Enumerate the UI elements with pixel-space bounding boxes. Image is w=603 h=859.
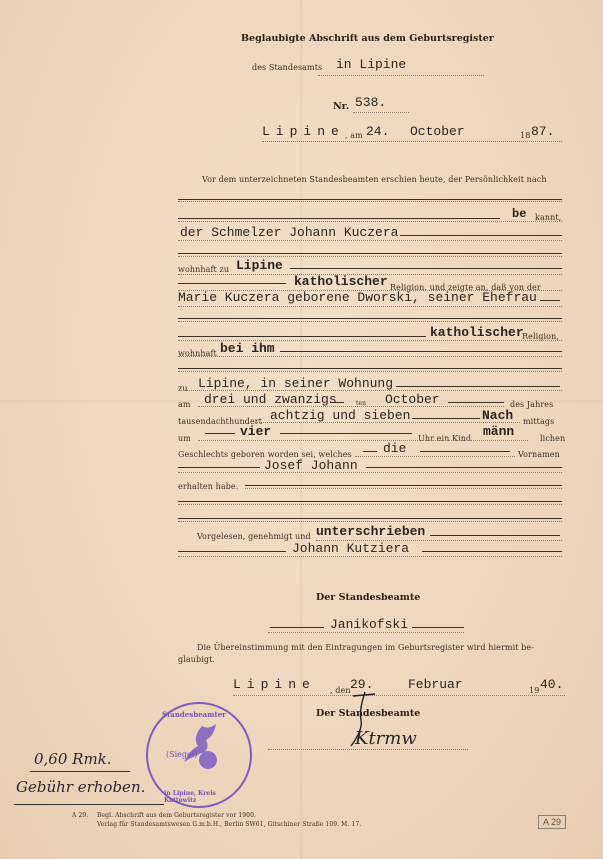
cert-year-suffix: 40. bbox=[540, 677, 563, 692]
signatory-dash-left bbox=[178, 551, 286, 552]
signature-flourish bbox=[345, 690, 385, 750]
mother-dash bbox=[540, 300, 560, 301]
am-label-body: am bbox=[178, 400, 191, 409]
informant-dash bbox=[400, 235, 562, 236]
informant: der Schmelzer Johann Kuczera bbox=[180, 225, 398, 240]
birth-hour: vier bbox=[240, 424, 271, 439]
line-19-dots bbox=[178, 504, 562, 505]
fee-note-underline bbox=[14, 804, 164, 805]
lichen-label: lichen bbox=[540, 434, 565, 443]
hour-dash-right bbox=[280, 433, 412, 434]
hour-dash-left bbox=[205, 433, 235, 434]
line-14-dots bbox=[255, 422, 520, 423]
names-dash-left bbox=[178, 467, 260, 468]
office-value: in Lipine bbox=[336, 57, 406, 72]
stamp-center-text: (Siegel) bbox=[166, 750, 197, 759]
registrar-line bbox=[268, 632, 464, 633]
registrar-dash-left bbox=[270, 627, 324, 628]
cert-date-line bbox=[233, 695, 565, 696]
form-code: A 29. bbox=[72, 812, 88, 819]
number-label: Nr. bbox=[333, 101, 349, 112]
um-label: um bbox=[178, 434, 191, 443]
birth-day: drei und zwanzigs bbox=[204, 392, 337, 407]
cert-place: Lipine bbox=[233, 677, 316, 692]
birth-month: October bbox=[385, 392, 440, 407]
wohnhaft-zu-label: wohnhaft zu bbox=[178, 265, 229, 274]
line-1 bbox=[178, 199, 562, 200]
registrar-dash-right bbox=[412, 627, 464, 628]
fee-note: Gebühr erhoben. bbox=[16, 778, 145, 796]
certification-line-2: glaubigt. bbox=[178, 655, 215, 664]
mittags-label: mittags bbox=[523, 417, 554, 426]
zu-label: zu bbox=[178, 384, 188, 393]
office-prefix: des Standesamts bbox=[252, 63, 322, 72]
birth-place-dash bbox=[396, 386, 560, 387]
signed-text: unterschrieben bbox=[316, 524, 425, 539]
residence: Lipine bbox=[236, 258, 283, 273]
religion1-dash bbox=[178, 283, 286, 284]
sex: männ bbox=[483, 424, 514, 439]
place: Lipine bbox=[262, 124, 345, 139]
number-line bbox=[353, 112, 409, 113]
child-names: Josef Johann bbox=[264, 458, 358, 473]
footer-line-2: Verlag für Standesamtswesen G.m.b.H., Be… bbox=[97, 821, 361, 828]
line-8 bbox=[178, 318, 562, 319]
signatory: Johann Kutziera bbox=[292, 541, 409, 556]
line-18-dots bbox=[245, 488, 562, 489]
cert-month: Februar bbox=[408, 677, 463, 692]
signatory-dash-right bbox=[422, 551, 562, 552]
line-4 bbox=[178, 253, 562, 254]
line-8-dots bbox=[178, 321, 562, 322]
line-1-dots bbox=[178, 201, 562, 202]
mother-res-dash bbox=[280, 351, 562, 352]
line-11-dots bbox=[178, 371, 562, 372]
religion-2: katholischer bbox=[430, 325, 524, 340]
be-typed: be bbox=[512, 207, 526, 221]
year-prefix: 18 bbox=[520, 131, 530, 140]
birth-year: achtzig und sieben bbox=[270, 408, 410, 423]
line-22-dots bbox=[178, 556, 562, 557]
form-code-box: A 29 bbox=[538, 815, 566, 829]
article-dash-left bbox=[363, 451, 377, 452]
office-line bbox=[318, 75, 484, 76]
birth-year-dash bbox=[412, 418, 480, 419]
line-19 bbox=[178, 501, 562, 502]
birth-month-dash bbox=[448, 402, 504, 403]
line-2-dots bbox=[178, 221, 562, 222]
erhalten-label: erhalten habe. bbox=[178, 482, 238, 491]
cert-year-prefix: 19 bbox=[529, 686, 539, 695]
official-seal-stamp: Standesbeamter (Siegel) in Lipine, Kreis… bbox=[146, 702, 252, 808]
line-2 bbox=[178, 218, 500, 219]
line-16-dots bbox=[355, 456, 515, 457]
line-17-dots bbox=[178, 472, 562, 473]
article-dash-right bbox=[420, 451, 510, 452]
date-day: 24. bbox=[366, 124, 389, 139]
eagle-icon bbox=[180, 722, 224, 772]
registrar-name: Janikofski bbox=[330, 617, 408, 632]
stamp-top-text: Standesbeamter bbox=[162, 710, 226, 719]
line-4-dots bbox=[178, 256, 562, 257]
des-jahres-label: des Jahres bbox=[510, 400, 553, 409]
line-20-dots bbox=[178, 521, 562, 522]
mother: Marie Kuczera geborene Dworski, seiner E… bbox=[178, 290, 537, 305]
stamp-bottom-text: in Lipine, Kreis Kattowitz bbox=[164, 790, 250, 804]
vorgelesen-label: Vorgelesen, genehmigt und bbox=[197, 532, 311, 541]
religion2-dash bbox=[178, 336, 426, 337]
nach: Nach bbox=[482, 408, 513, 423]
line-10-dots bbox=[178, 356, 562, 357]
date-month: October bbox=[410, 124, 465, 139]
uhr-label: Uhr ein Kind bbox=[418, 434, 471, 443]
article: die bbox=[383, 441, 406, 456]
intro-text: Vor dem unterzeichneten Standesbeamten e… bbox=[202, 175, 547, 184]
mother-residence: bei ihm bbox=[220, 341, 275, 356]
fee-amount: 0,60 Rmk. bbox=[34, 750, 112, 768]
registrar-title: Der Standesbeamte bbox=[316, 592, 420, 603]
line-3-dots bbox=[178, 240, 562, 241]
line-12-dots bbox=[178, 390, 562, 391]
footer-line-1: Begl. Abschrift aus dem Geburtsregister … bbox=[97, 812, 256, 819]
date-line bbox=[262, 141, 562, 142]
register-number: 538. bbox=[355, 95, 386, 110]
line-7-dots bbox=[178, 306, 562, 307]
religion-1: katholischer bbox=[294, 274, 388, 289]
line-11 bbox=[178, 368, 562, 369]
am-label: , am bbox=[345, 131, 363, 140]
residence-dash bbox=[290, 268, 562, 269]
line-20 bbox=[178, 518, 562, 519]
birth-day-dash bbox=[330, 402, 344, 403]
erhalten-line bbox=[245, 485, 562, 486]
vornamen-label: Vornamen bbox=[518, 450, 560, 459]
year-suffix: 87. bbox=[531, 124, 554, 139]
document-title: Beglaubigte Abschrift aus dem Geburtsreg… bbox=[241, 33, 494, 44]
certification-line-1: Die Übereinstimmung mit den Eintragungen… bbox=[197, 643, 534, 652]
signed-dash bbox=[430, 535, 560, 536]
birth-place: Lipine, in seiner Wohnung bbox=[198, 376, 393, 391]
line-13-dots bbox=[198, 406, 504, 407]
fee-underline bbox=[30, 771, 130, 772]
names-dash-right bbox=[366, 467, 562, 468]
line-15-dots bbox=[198, 440, 528, 441]
